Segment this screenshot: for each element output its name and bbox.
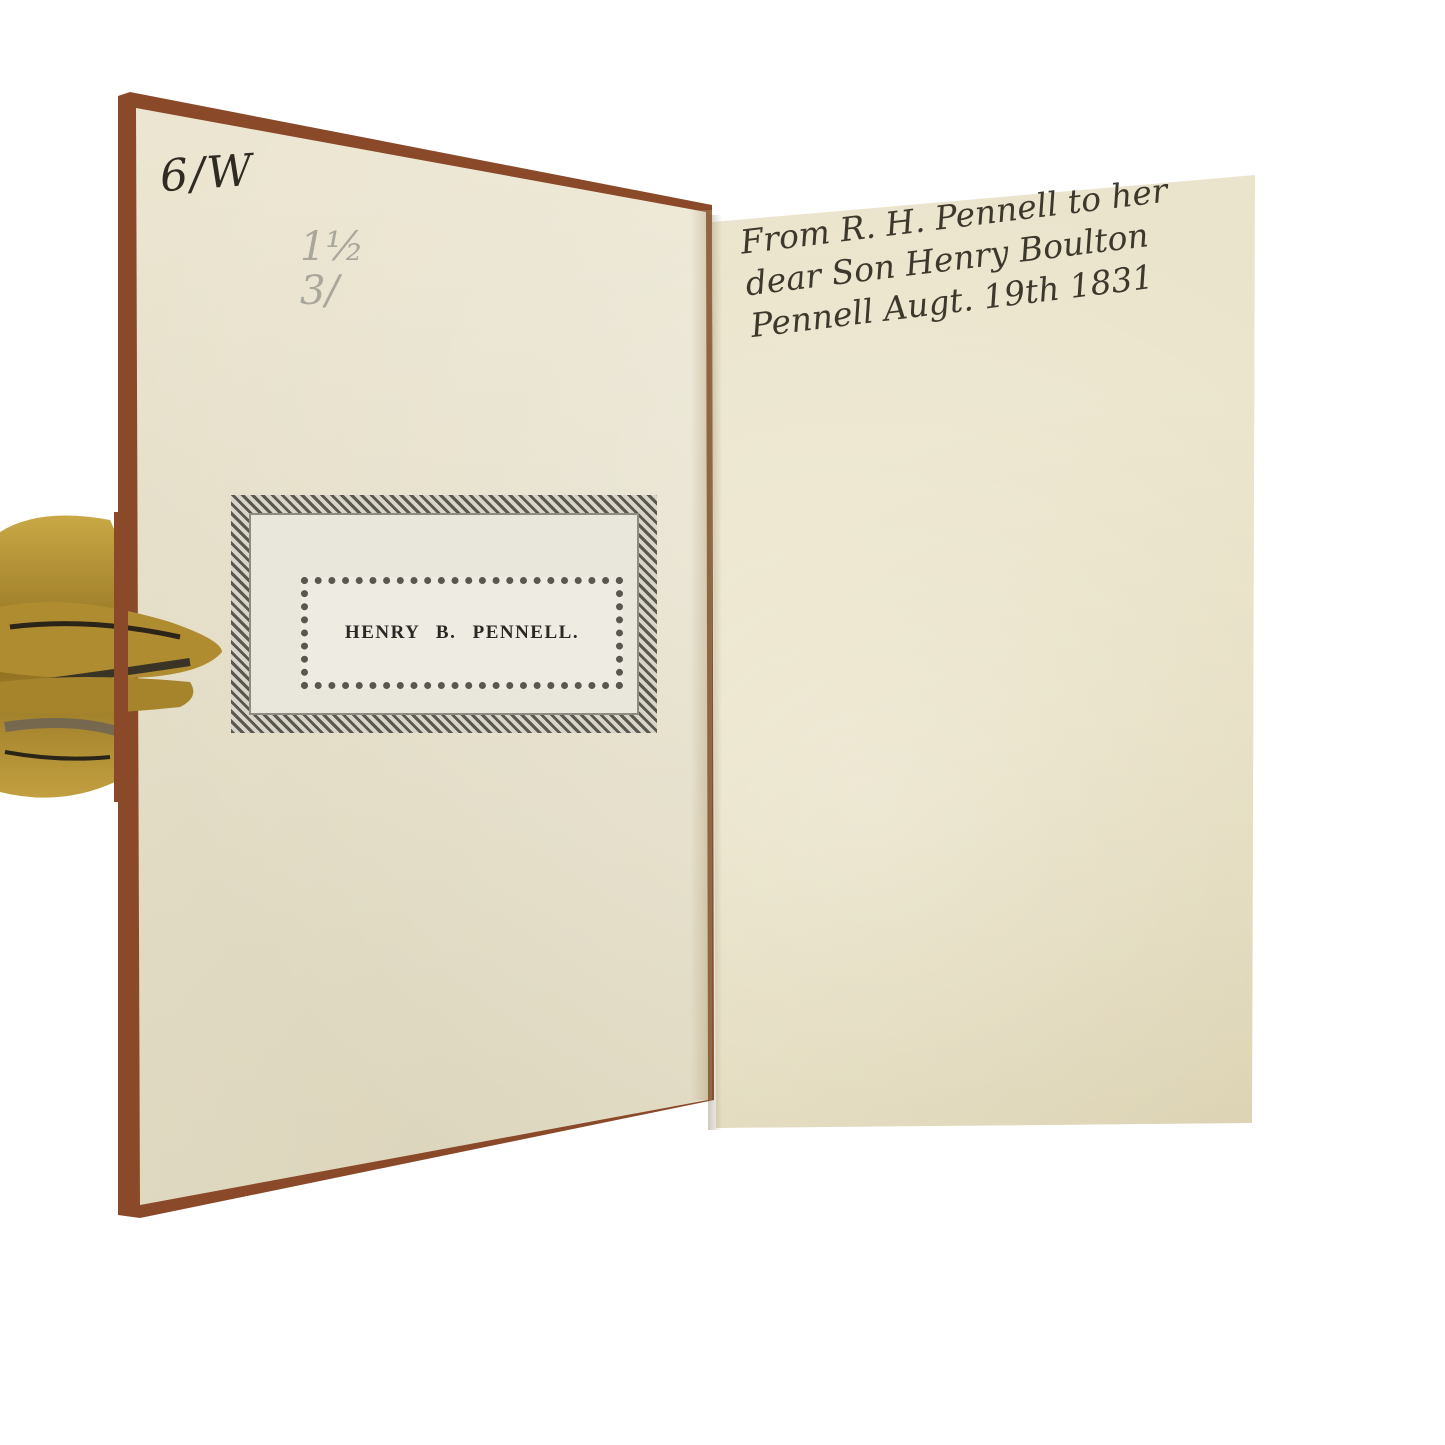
- book-gutter: [708, 215, 722, 1130]
- shelfmark-inscription: 6/W: [158, 145, 255, 202]
- brass-hand-clip-icon: [0, 512, 225, 802]
- pencil-note-line: 3/: [300, 269, 364, 313]
- pencil-price-note: 1½ 3/: [300, 225, 364, 313]
- bookplate: HENRY B. PENNELL.: [231, 495, 657, 733]
- pencil-note-line: 1½: [300, 225, 364, 269]
- bookplate-center-panel: HENRY B. PENNELL.: [301, 577, 623, 689]
- bookplate-owner-name: HENRY B. PENNELL.: [345, 622, 579, 644]
